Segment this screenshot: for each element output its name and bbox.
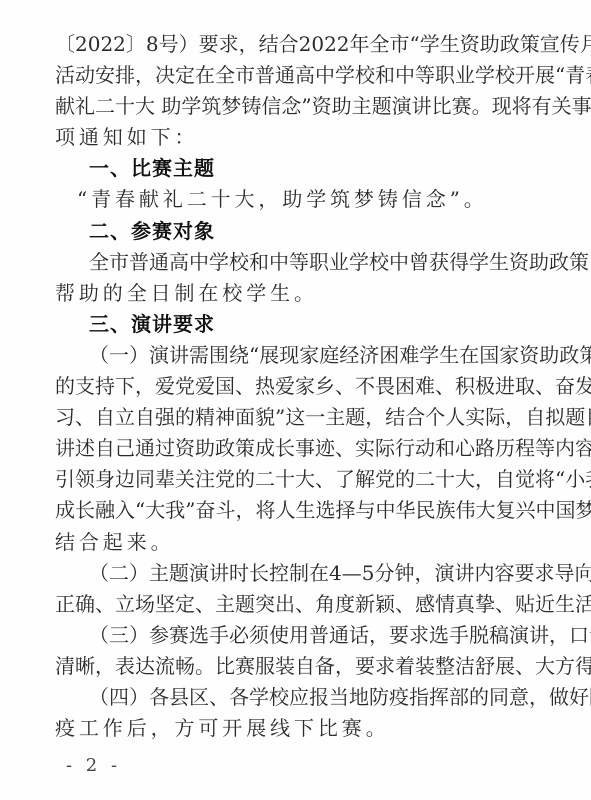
section-heading-speech-requirements: 三、演讲要求 — [55, 309, 553, 340]
paragraph-line: 疫工作后，方可开展线下比赛。 — [55, 713, 553, 744]
paragraph-line: 习、自立自强的精神面貌”这一主题，结合个人实际，自拟题目， — [55, 402, 553, 433]
section-heading-participants: 二、参赛对象 — [55, 216, 553, 247]
section-heading-competition-theme: 一、比赛主题 — [55, 153, 553, 184]
page-number: - 2 - — [66, 755, 121, 776]
document-body: 〔2022〕8号）要求，结合2022年全市“学生资助政策宣传月” 活动安排，决定… — [55, 29, 553, 744]
paragraph-line: （二）主题演讲时长控制在4—5分钟，演讲内容要求导向 — [55, 558, 553, 589]
paragraph-line: 全市普通高中学校和中等职业学校中曾获得学生资助政策 — [55, 247, 553, 278]
document-page: 〔2022〕8号）要求，结合2022年全市“学生资助政策宣传月” 活动安排，决定… — [0, 0, 591, 800]
paragraph-line: 引领身边同辈关注党的二十大、了解党的二十大，自觉将“小我” — [55, 464, 553, 495]
paragraph-line: 成长融入“大我”奋斗，将人生选择与中华民族伟大复兴中国梦 — [55, 495, 553, 526]
paragraph-line: 活动安排，决定在全市普通高中学校和中等职业学校开展“青春 — [55, 60, 553, 91]
paragraph-line: （一）演讲需围绕“展现家庭经济困难学生在国家资助政策 — [55, 340, 553, 371]
paragraph-line: 清晰，表达流畅。比赛服装自备，要求着装整洁舒展、大方得体。 — [55, 651, 553, 682]
paragraph-line: （三）参赛选手必须使用普通话，要求选手脱稿演讲，口齿 — [55, 620, 553, 651]
paragraph-line: 结合起来。 — [55, 527, 553, 558]
theme-quote: “青春献礼二十大，助学筑梦铸信念”。 — [55, 184, 553, 215]
paragraph-line: 的支持下，爱党爱国、热爱家乡、不畏困难、积极进取、奋发学 — [55, 371, 553, 402]
paragraph-line: 〔2022〕8号）要求，结合2022年全市“学生资助政策宣传月” — [55, 29, 553, 60]
paragraph-line: 项通知如下： — [55, 122, 553, 153]
paragraph-line: 献礼二十大 助学筑梦铸信念”资助主题演讲比赛。现将有关事 — [55, 91, 553, 122]
paragraph-line: 帮助的全日制在校学生。 — [55, 278, 553, 309]
paragraph-line: 讲述自己通过资助政策成长事迹、实际行动和心路历程等内容， — [55, 433, 553, 464]
paragraph-line: （四）各县区、各学校应报当地防疫指挥部的同意，做好防 — [55, 682, 553, 713]
paragraph-line: 正确、立场坚定、主题突出、角度新颖、感情真挚、贴近生活。 — [55, 589, 553, 620]
